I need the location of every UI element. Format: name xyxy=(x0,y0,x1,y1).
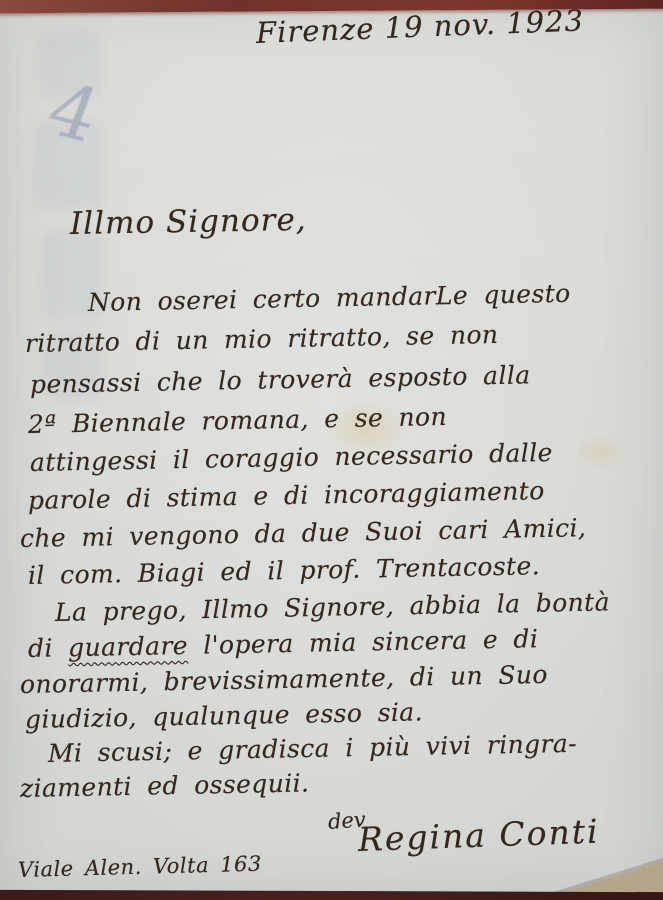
address-line: Viale Alen. Volta 163 xyxy=(18,852,262,882)
letter-line: Non oserei certo mandarLe questo xyxy=(88,279,571,317)
letter-line: pensassi che lo troverà esposto alla xyxy=(30,360,531,399)
letter-line: il com. Biagi ed il prof. Trentacoste. xyxy=(28,551,541,590)
letter-line: attingessi il coraggio necessario dalle xyxy=(30,438,553,477)
letter-line: La prego, Illmo Signore, abbia la bontà xyxy=(55,587,610,627)
letter-line: ritratto di un mio ritratto, se non xyxy=(25,320,499,358)
letter-line: 2ª Biennale romana, e se non xyxy=(28,402,447,439)
letter-line: Mi scusi; e gradisca i più vivi ringra- xyxy=(48,729,578,768)
letter-line: ziamenti ed ossequii. xyxy=(20,768,310,803)
signature: Regina Conti xyxy=(357,812,600,859)
letter-scan: 4 Firenze 19 nov. 1923 Illmo Signore, No… xyxy=(0,0,663,900)
salutation: Illmo Signore, xyxy=(70,202,307,242)
letter-line-segment: di xyxy=(28,633,69,663)
letter-line: parole di stima e di incoraggiamento xyxy=(28,476,545,515)
letter-line: onorarmi, brevissimamente, di un Suo xyxy=(20,660,548,699)
letter-line: di guardare l'opera mia sincera e di xyxy=(28,624,539,663)
letter-line-segment: l'opera mia sincera e di xyxy=(188,624,539,660)
underlined-word: guardare xyxy=(68,631,188,662)
letter-line: che mi vengono da due Suoi cari Amici, xyxy=(20,513,587,553)
scan-border-bottom xyxy=(0,890,663,900)
curled-page-corner xyxy=(559,860,663,894)
letter-line: giudizio, qualunque esso sia. xyxy=(25,697,423,734)
